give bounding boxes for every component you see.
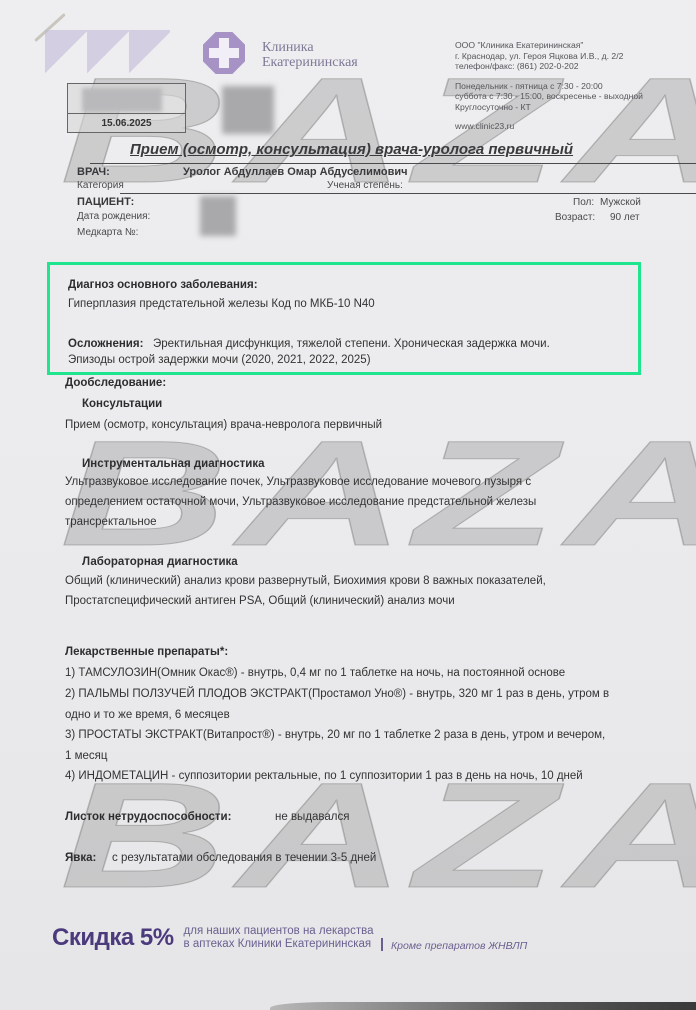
instrumental-line: определением остаточной мочи, Ультразвук… [65, 496, 536, 508]
medication-line: 2) ПАЛЬМЫ ПОЛЗУЧЕЙ ПЛОДОВ ЭКСТРАКТ(Прост… [65, 688, 609, 700]
follow-up-value: с результатами обследования в течении 3-… [112, 852, 376, 864]
medication-line: 1) ТАМСУЛОЗИН(Омник Окас®) - внутрь, 0,4… [65, 667, 565, 679]
clinic-contacts: ООО "Клиника Екатерининская" г. Краснода… [455, 40, 643, 132]
org-phone: телефон/факс: (861) 202-0-202 [455, 61, 643, 72]
examination-heading: Дообследование: [65, 377, 166, 389]
discount-line-2: в аптеках Клиники Екатерининская [184, 938, 374, 951]
sick-leave-value: не выдавался [275, 811, 350, 823]
complications-text-2: Эпизоды острой задержки мочи (2020, 2021… [68, 354, 371, 366]
consult-heading: Консультации [82, 398, 162, 410]
sex-label: Пол: [573, 197, 594, 208]
category-label: Категория [77, 180, 124, 191]
document-date: 15.06.2025 [68, 118, 185, 129]
instrumental-heading: Инструментальная диагностика [82, 458, 264, 470]
divider [120, 193, 696, 194]
divider [90, 163, 696, 164]
lab-line: Общий (клинический) анализ крови разверн… [65, 575, 546, 587]
hours-weekdays: Понедельник - пятница с 7:30 - 20:00 [455, 81, 643, 92]
consult-text: Прием (осмотр, консультация) врача-невро… [65, 419, 382, 431]
watermark-decoration [45, 30, 170, 75]
logo-line-1: Клиника [262, 40, 358, 55]
doctor-label: ВРАЧ: [77, 166, 110, 178]
doctor-name: Уролог Абдуллаев Омар Абдуселимович [183, 166, 408, 178]
patient-label: ПАЦИЕНТ: [77, 196, 134, 208]
medication-line: 3) ПРОСТАТЫ ЭКСТРАКТ(Витапрост®) - внутр… [65, 729, 605, 741]
lab-line: Простатспецифический антиген PSA, Общий … [65, 595, 455, 607]
discount-promo: Скидка 5% для наших пациентов на лекарст… [52, 924, 527, 952]
redacted-area [82, 88, 162, 112]
medcard-label: Медкарта №: [77, 227, 138, 238]
divider [381, 938, 383, 951]
follow-up-label: Явка: [65, 852, 96, 864]
age-value: 90 лет [610, 212, 640, 223]
discount-line-1: для наших пациентов на лекарства [184, 925, 374, 938]
diagnosis-highlight: Диагноз основного заболевания: Гиперплаз… [47, 262, 641, 375]
clinic-logo-icon [203, 32, 245, 74]
document-title: Прием (осмотр, консультация) врача-уроло… [130, 141, 573, 158]
medication-line: одно и то же время, 6 месяцев [65, 709, 230, 721]
hours-weekend: суббота с 7:30 - 15:00, воскресенье - вы… [455, 91, 643, 102]
redacted-area [222, 86, 274, 134]
org-name: ООО "Клиника Екатерининская" [455, 40, 643, 51]
discount-note: Кроме препаратов ЖНВЛП [391, 940, 527, 952]
diagnosis-text: Гиперплазия предстательной железы Код по… [68, 298, 375, 310]
org-address: г. Краснодар, ул. Героя Яцкова И.В., д. … [455, 51, 643, 62]
redacted-area [200, 196, 236, 236]
lab-heading: Лабораторная диагностика [82, 556, 238, 568]
discount-title: Скидка 5% [52, 924, 174, 952]
complications-label: Осложнения: [68, 338, 143, 350]
medications-heading: Лекарственные препараты*: [65, 646, 228, 658]
complications-line: Осложнения: Эректильная дисфункция, тяже… [68, 338, 550, 350]
clinic-website: www.clinic23.ru [455, 121, 643, 132]
discount-description: для наших пациентов на лекарства в аптек… [184, 925, 374, 951]
degree-label: Ученая степень: [327, 180, 403, 191]
medication-line: 4) ИНДОМЕТАЦИН - суппозитории ректальные… [65, 770, 583, 782]
photo-background-edge [270, 1002, 696, 1010]
hours-ct: Круглосуточно - КТ [455, 102, 643, 113]
instrumental-line: трансректальное [65, 516, 157, 528]
clinic-logo-text: Клиника Екатерининская [262, 40, 358, 70]
dob-label: Дата рождения: [77, 211, 150, 222]
date-box: 15.06.2025 [67, 83, 186, 133]
sick-leave-label: Листок нетрудоспособности: [65, 811, 231, 823]
instrumental-line: Ультразвуковое исследование почек, Ультр… [65, 476, 531, 488]
logo-line-2: Екатерининская [262, 55, 358, 70]
age-label: Возраст: [555, 212, 595, 223]
medication-line: 1 месяц [65, 750, 107, 762]
complications-text: Эректильная дисфункция, тяжелой степени.… [153, 338, 550, 350]
sex-value: Мужской [600, 197, 641, 208]
diagnosis-heading: Диагноз основного заболевания: [68, 279, 258, 291]
